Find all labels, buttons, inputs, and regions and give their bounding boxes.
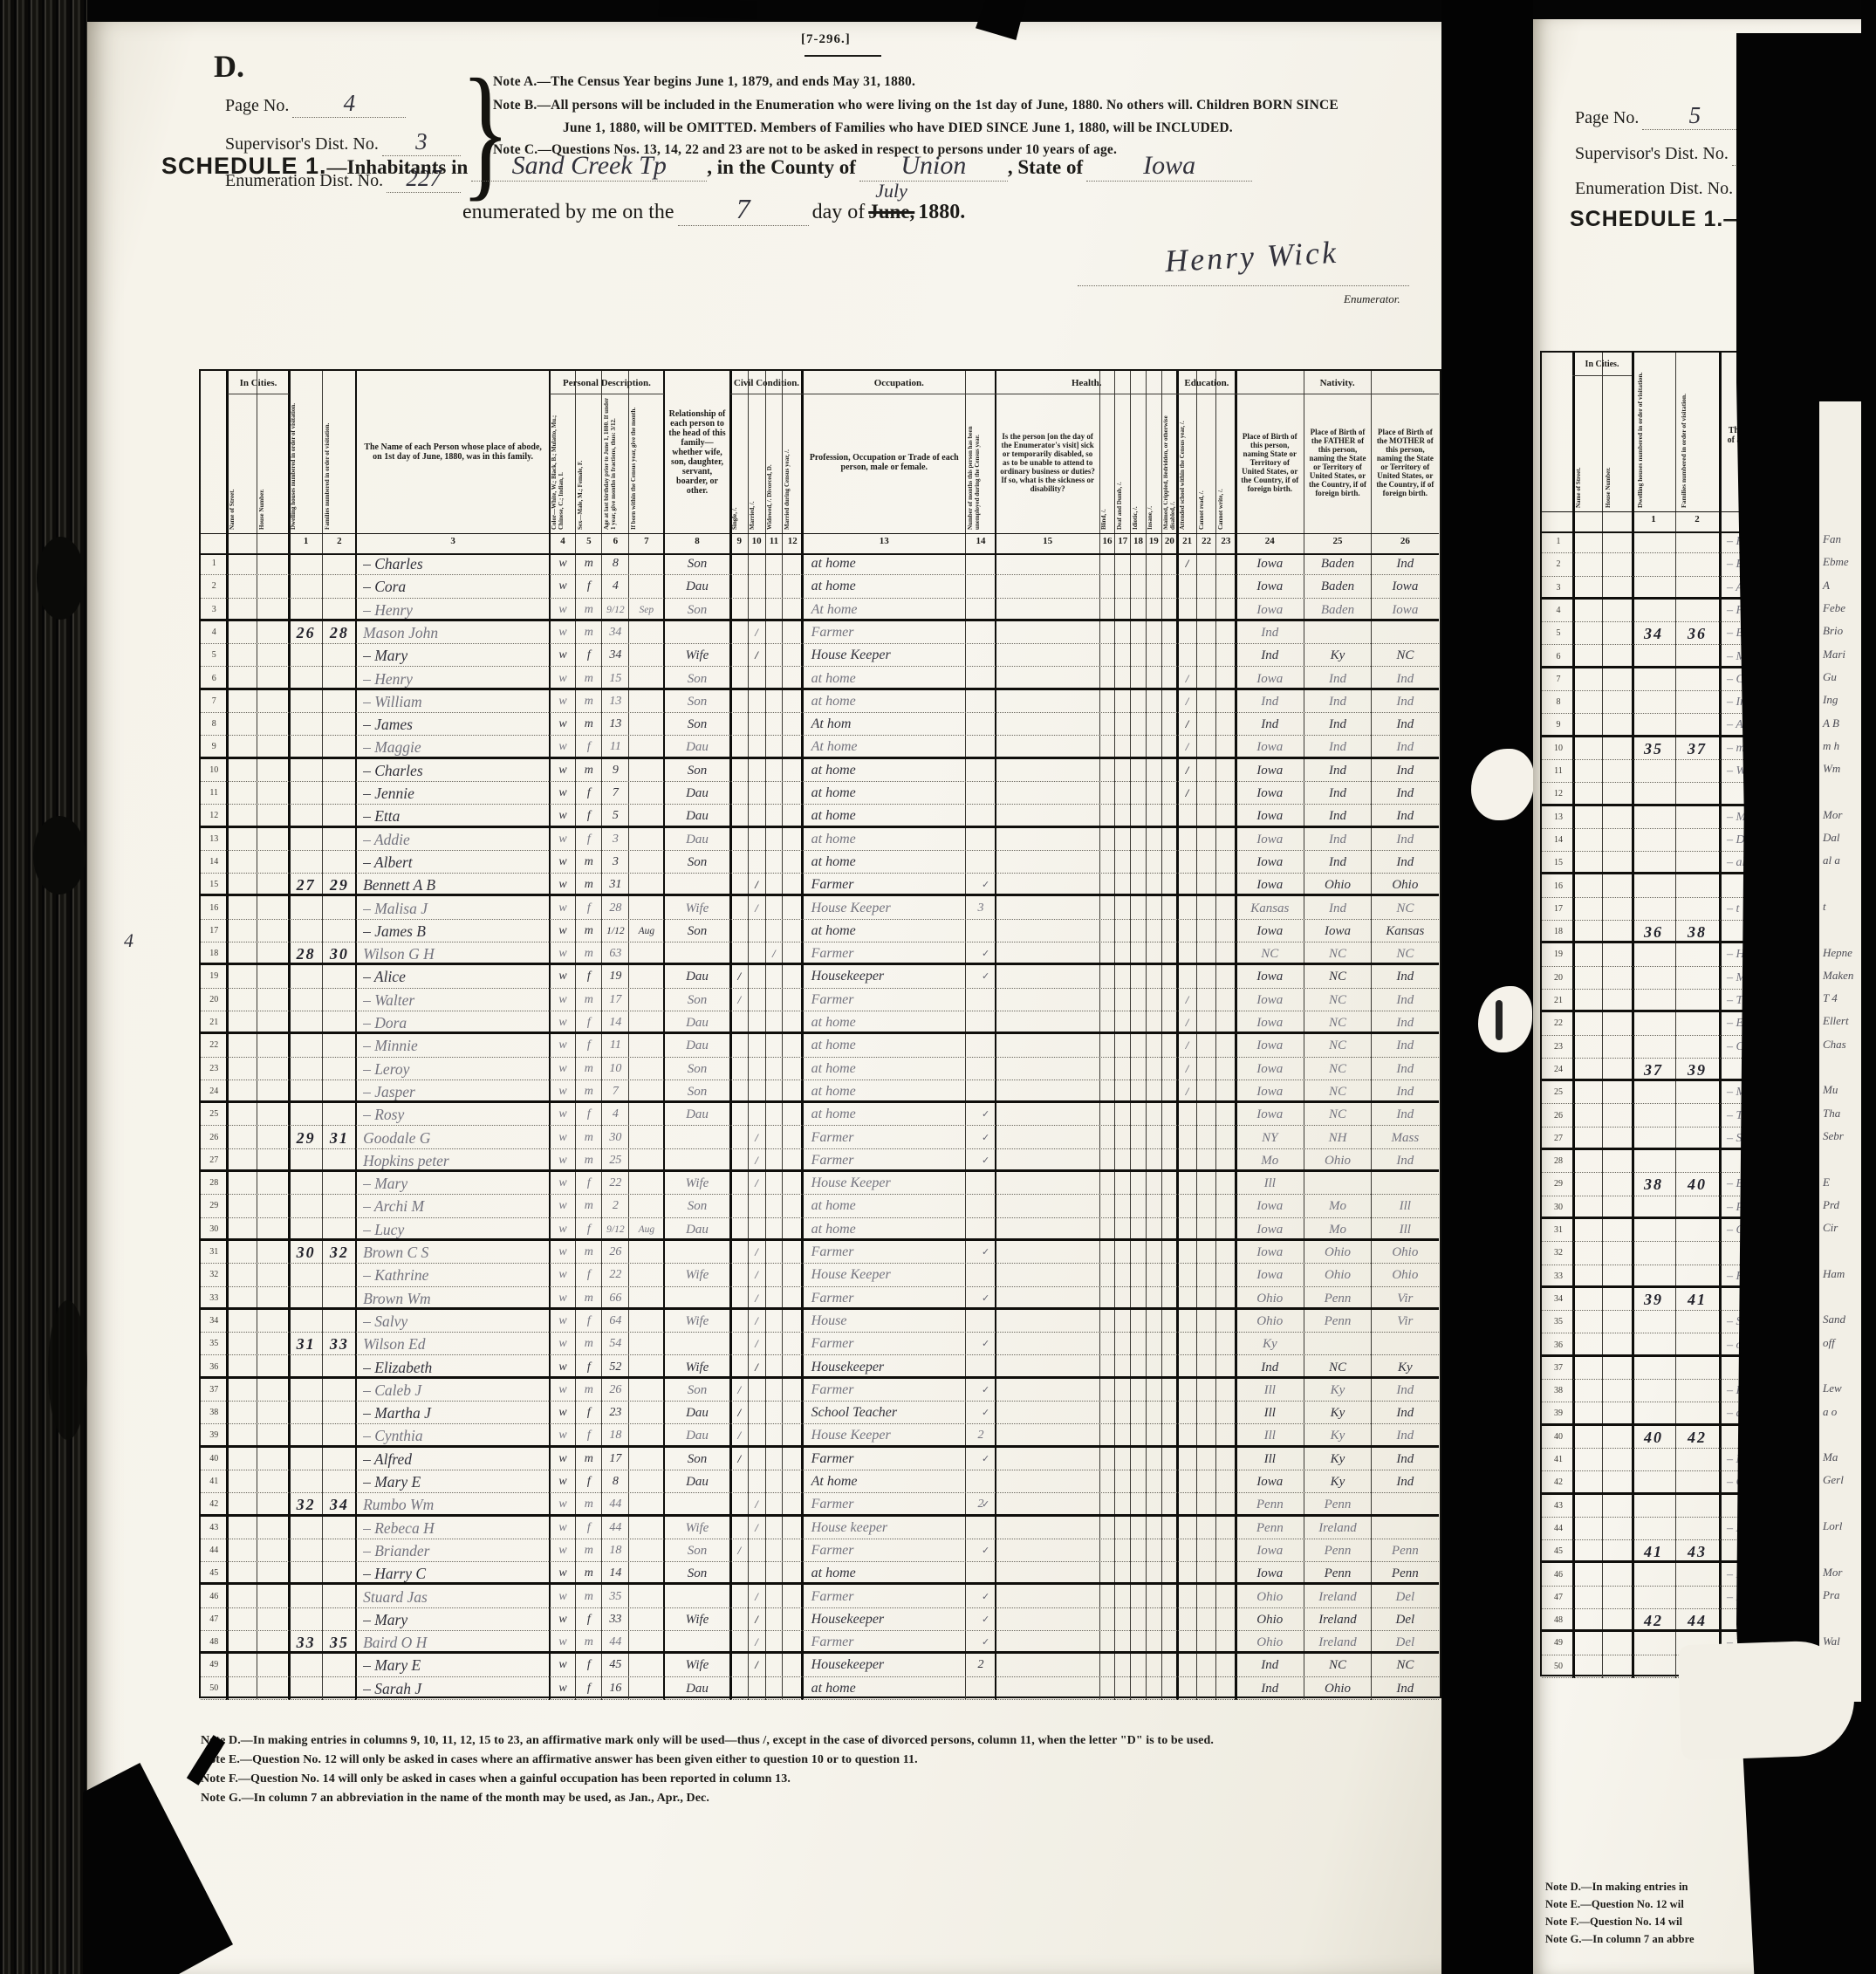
- cell-c10: /: [748, 1288, 765, 1309]
- column-group-label: In Cities.: [228, 373, 290, 394]
- cell-pb: Ind: [1236, 622, 1304, 643]
- table-row: 42628Mason Johnwm34/FarmerInd: [201, 621, 1439, 644]
- cell-occ: at home: [811, 805, 966, 826]
- cell-color: w: [550, 943, 576, 964]
- cell-sex: m: [576, 1587, 602, 1607]
- rp-family-number: 37: [1675, 738, 1719, 759]
- table-row: 353133Wilson Edwm54/Farmer ✓Ky: [201, 1333, 1439, 1355]
- enumerator-signature: Henry Wick: [1164, 234, 1339, 279]
- cell-name: – Kathrine: [363, 1265, 550, 1285]
- table-row: 43– Rebeca Hwf44Wife/House keeperPennIre…: [201, 1517, 1439, 1539]
- cell-name: – Elizabeth: [363, 1357, 550, 1378]
- column-number: 14: [966, 536, 996, 546]
- cell-age: 17: [602, 1449, 629, 1470]
- cell-rel: Dau: [664, 966, 731, 987]
- unemployed-tick: ✓: [982, 1609, 989, 1630]
- cell-age: 18: [602, 1425, 629, 1446]
- cell-name: – Jennie: [363, 783, 550, 804]
- cell-pm: Ohio: [1372, 874, 1439, 895]
- cell-name: – Sarah J: [363, 1678, 550, 1699]
- cell-rel: Wife: [664, 1311, 731, 1332]
- edge-name-fragment: Pra: [1823, 1588, 1840, 1602]
- edge-name-fragment: Sand: [1823, 1313, 1845, 1326]
- unemployed-tick: ✓: [982, 1104, 989, 1125]
- cell-c10: /: [748, 1311, 765, 1332]
- footnote-g: Note G.—In column 7 an abbreviation in t…: [201, 1792, 709, 1806]
- rp-row-number: 10: [1544, 738, 1572, 759]
- rp-row-number: 46: [1544, 1565, 1572, 1586]
- table-row: 1– Charleswm8Sonat home/IowaBadenInd: [201, 552, 1439, 575]
- cell-pb: Iowa: [1236, 1242, 1304, 1263]
- edge-name-fragment: m h: [1823, 739, 1839, 753]
- cell-rel: Wife: [664, 1609, 731, 1630]
- cell-color: w: [550, 1609, 576, 1630]
- cell-sex: m: [576, 990, 602, 1011]
- cell-fam: 31: [323, 1128, 356, 1148]
- cell-fam: 28: [323, 622, 356, 643]
- cell-age: 4: [602, 576, 629, 597]
- edge-name-fragment: Chas: [1823, 1038, 1846, 1052]
- cell-rel: Wife: [664, 1173, 731, 1194]
- cell-sex: m: [576, 1081, 602, 1102]
- census-scan: D. [7-296.] Page No. 4 Supervisor's Dist…: [0, 0, 1876, 1974]
- table-row: 28– Marywf22Wife/House KeeperIll: [201, 1172, 1439, 1195]
- cell-age: 64: [602, 1311, 629, 1332]
- column-header-c16: Blind, /.: [1101, 395, 1114, 530]
- cell-pf: Ireland: [1304, 1632, 1371, 1653]
- rp-dwelling-number: 40: [1632, 1427, 1675, 1448]
- cell-color: w: [550, 1540, 576, 1561]
- cell-sex: f: [576, 1357, 602, 1378]
- cell-color: w: [550, 1128, 576, 1148]
- cell-pf: NC: [1304, 1035, 1371, 1056]
- edge-smudge: [33, 816, 86, 894]
- cell-pf: Baden: [1304, 600, 1371, 620]
- cell-name: – Archi M: [363, 1196, 550, 1217]
- cell-color: w: [550, 1333, 576, 1354]
- cell-color: w: [550, 1655, 576, 1676]
- column-number: 10: [748, 536, 765, 546]
- cell-fam: 33: [323, 1333, 356, 1354]
- cell-color: w: [550, 1173, 576, 1194]
- cell-pb: Iowa: [1236, 600, 1304, 620]
- cell-pm: Ind: [1372, 829, 1439, 850]
- unemployed-tick: ✓: [982, 1128, 989, 1148]
- rp-row-number: 40: [1544, 1427, 1572, 1448]
- column-header-c23: Cannot write, /.: [1218, 395, 1236, 530]
- cell-age: 11: [602, 737, 629, 757]
- cell-num: 42: [201, 1494, 228, 1515]
- cell-occ: at home: [811, 668, 966, 689]
- schedule-caps: SCHEDULE 1.: [161, 153, 327, 179]
- note-b2-text: June 1, 1880, will be OMITTED. Members o…: [563, 120, 1233, 135]
- cell-pf: Ind: [1304, 668, 1371, 689]
- cell-color: w: [550, 1242, 576, 1263]
- cell-sex: f: [576, 1402, 602, 1423]
- column-number: 24: [1236, 536, 1304, 546]
- cell-rel: Dau: [664, 576, 731, 597]
- cell-color: w: [550, 1632, 576, 1653]
- cell-pm: Ind: [1372, 852, 1439, 873]
- footnote-d: Note D.—In making entries in columns 9, …: [201, 1734, 1214, 1748]
- column-group-label: Education.: [1178, 373, 1236, 394]
- cell-occ: House Keeper: [811, 1425, 966, 1446]
- cell-age: 45: [602, 1655, 629, 1676]
- cell-name: Wilson Ed: [363, 1333, 550, 1354]
- cell-c21: /: [1178, 691, 1197, 712]
- cell-sex: m: [576, 852, 602, 873]
- cell-occ: Farmer: [811, 1128, 966, 1148]
- table-row: 313032Brown C Swm26/Farmer ✓IowaOhioOhio: [201, 1241, 1439, 1264]
- cell-rel: Dau: [664, 805, 731, 826]
- edge-smudge: [48, 1300, 87, 1440]
- cell-sex: f: [576, 1471, 602, 1492]
- cell-age: 25: [602, 1150, 629, 1171]
- cell-pf: Ind: [1304, 805, 1371, 826]
- edge-name-fragment: Mu: [1823, 1083, 1838, 1097]
- cell-pb: Iowa: [1236, 1265, 1304, 1285]
- cell-occ: at home: [811, 783, 966, 804]
- cell-rel: Wife: [664, 898, 731, 919]
- rp-row-number: 13: [1544, 807, 1572, 828]
- cell-color: w: [550, 1471, 576, 1492]
- rp-footnote-f: Note F.—Question No. 14 wil: [1545, 1916, 1682, 1929]
- edge-name-fragment: Gu: [1823, 670, 1837, 684]
- cell-pm: Penn: [1372, 1563, 1439, 1584]
- cell-color: w: [550, 1494, 576, 1515]
- cell-rel: Son: [664, 1540, 731, 1561]
- cell-age: 14: [602, 1563, 629, 1584]
- cell-age: 44: [602, 1632, 629, 1653]
- cell-occ: at home: [811, 1059, 966, 1080]
- enumerator-label: Enumerator.: [1344, 292, 1400, 306]
- cell-pm: Ind: [1372, 1402, 1439, 1423]
- cell-sex: f: [576, 737, 602, 757]
- cell-pm: Ind: [1372, 714, 1439, 735]
- schedule-county-pre: , in the County of: [707, 156, 856, 178]
- cell-fam: 32: [323, 1242, 356, 1263]
- cell-pf: Ireland: [1304, 1609, 1371, 1630]
- cell-c10: /: [748, 1655, 765, 1676]
- rp-row-number: 19: [1544, 944, 1572, 965]
- cell-color: w: [550, 1288, 576, 1309]
- footnote-f-label: Note F.: [201, 1772, 238, 1786]
- column-header-pm: Place of Birth of the MOTHER of this per…: [1375, 395, 1435, 530]
- cell-pb: Ohio: [1236, 1311, 1304, 1332]
- cell-name: – Cynthia: [363, 1425, 550, 1446]
- cell-rel: Dau: [664, 1678, 731, 1699]
- cell-name: – Charles: [363, 553, 550, 574]
- table-row: 24– Jasperwm7Sonat home/IowaNCInd: [201, 1080, 1439, 1103]
- cell-sex: f: [576, 645, 602, 666]
- cell-num: 6: [201, 668, 228, 689]
- cell-pm: Ind: [1372, 1035, 1439, 1056]
- cell-name: – Alice: [363, 966, 550, 987]
- cell-pf: Ind: [1304, 783, 1371, 804]
- rp-row-number: 20: [1544, 968, 1572, 989]
- cell-age: 19: [602, 966, 629, 987]
- cell-rel: Son: [664, 600, 731, 620]
- cell-pb: Ill: [1236, 1380, 1304, 1401]
- cell-rel: Son: [664, 1081, 731, 1102]
- rp-row-number: 4: [1544, 600, 1572, 621]
- cell-pm: Ind: [1372, 553, 1439, 574]
- table-row: 423234Rumbo Wmwm44/Farmer2 ✓PennPenn: [201, 1493, 1439, 1516]
- table-row: 9– Maggiewf11DauAt home/IowaIndInd: [201, 736, 1439, 758]
- cell-pf: Ind: [1304, 714, 1371, 735]
- table-row: 27Hopkins peterwm25/Farmer ✓MoOhioInd: [201, 1149, 1439, 1172]
- edge-name-fragment: Ham: [1823, 1267, 1845, 1281]
- cell-rel: Wife: [664, 1518, 731, 1539]
- cell-num: 21: [201, 1012, 228, 1033]
- cell-age: 66: [602, 1288, 629, 1309]
- cell-pb: Ohio: [1236, 1609, 1304, 1630]
- cell-sex: m: [576, 760, 602, 781]
- rp-page-no-label: Page No.: [1575, 108, 1639, 127]
- column-number: 8: [664, 536, 731, 546]
- column-header-street: Name of Street.: [229, 395, 257, 530]
- rp-dwelling-number: 41: [1632, 1541, 1675, 1562]
- cell-name: – Minnie: [363, 1035, 550, 1056]
- cell-sex: m: [576, 943, 602, 964]
- cell-color: w: [550, 622, 576, 643]
- cell-age: 26: [602, 1242, 629, 1263]
- cell-pm: Ind: [1372, 668, 1439, 689]
- cell-sex: f: [576, 1425, 602, 1446]
- rp-row-number: 31: [1544, 1220, 1572, 1241]
- unemployed-tick: ✓: [982, 1333, 989, 1354]
- rp-row-number: 50: [1544, 1656, 1572, 1677]
- cell-pf: Penn: [1304, 1563, 1371, 1584]
- cell-pb: Iowa: [1236, 921, 1304, 942]
- cell-color: w: [550, 1059, 576, 1080]
- cell-age: 9/12: [602, 600, 629, 620]
- column-header-pf: Place of Birth of the FATHER of this per…: [1307, 395, 1367, 530]
- footnote-f: Note F.—Question No. 14 will only be ask…: [201, 1772, 791, 1786]
- cell-color: w: [550, 1380, 576, 1401]
- edge-smudge: [37, 537, 85, 620]
- cell-name: – Henry: [363, 668, 550, 689]
- cell-pb: Ind: [1236, 714, 1304, 735]
- cell-color: w: [550, 829, 576, 850]
- rp-row-number: 44: [1544, 1518, 1572, 1539]
- cell-age: 52: [602, 1357, 629, 1378]
- cell-color: w: [550, 760, 576, 781]
- cell-name: – Mary: [363, 1173, 550, 1194]
- cell-sex: m: [576, 1449, 602, 1470]
- cell-color: w: [550, 691, 576, 712]
- unemployed-tick: ✓: [982, 1449, 989, 1470]
- cell-age: 13: [602, 714, 629, 735]
- cell-num: 20: [201, 990, 228, 1011]
- cell-name: – Walter: [363, 990, 550, 1011]
- cell-age: 5: [602, 805, 629, 826]
- cell-color: w: [550, 898, 576, 919]
- cell-rel: Son: [664, 760, 731, 781]
- cell-pb: Mo: [1236, 1150, 1304, 1171]
- cell-age: 22: [602, 1173, 629, 1194]
- cell-name: Hopkins peter: [363, 1150, 550, 1171]
- cell-pb: Ind: [1236, 691, 1304, 712]
- rp-row-number: 30: [1544, 1197, 1572, 1218]
- cell-c10: /: [748, 1518, 765, 1539]
- cell-sex: f: [576, 1609, 602, 1630]
- cell-rel: Dau: [664, 737, 731, 757]
- unemployed-tick: ✓: [982, 1494, 989, 1515]
- cell-name: – Briander: [363, 1540, 550, 1561]
- table-row: 40– Alfredwm17Son/Farmer ✓IllKyInd: [201, 1448, 1439, 1470]
- cell-occ: at home: [811, 1563, 966, 1584]
- cell-pb: Ind: [1236, 645, 1304, 666]
- cell-pf: NC: [1304, 943, 1371, 964]
- cell-color: w: [550, 990, 576, 1011]
- cell-occ: at home: [811, 921, 966, 942]
- cell-pf: Ohio: [1304, 1265, 1371, 1285]
- edge-name-fragment: Fan: [1823, 532, 1841, 546]
- cell-occ: School Teacher: [811, 1402, 966, 1423]
- table-row: 37– Caleb Jwm26Son/Farmer ✓IllKyInd: [201, 1379, 1439, 1402]
- table-row: 262931Goodale Gwm30/Farmer ✓NYNHMass: [201, 1127, 1439, 1149]
- cell-sex: m: [576, 1563, 602, 1584]
- cell-num: 43: [201, 1518, 228, 1539]
- cell-pb: Iowa: [1236, 1081, 1304, 1102]
- cell-name: – Caleb J: [363, 1380, 550, 1401]
- cell-color: w: [550, 921, 576, 942]
- cell-pf: Ky: [1304, 645, 1371, 666]
- cell-occ: Farmer: [811, 1150, 966, 1171]
- cell-pf: Ky: [1304, 1425, 1371, 1446]
- edge-name-fragment: Dal: [1823, 831, 1840, 845]
- column-header-c14: Number of months this person has been un…: [968, 395, 995, 530]
- cell-num: 18: [201, 943, 228, 964]
- cell-age: 31: [602, 874, 629, 895]
- cell-sex: f: [576, 966, 602, 987]
- cell-pf: Ohio: [1304, 1150, 1371, 1171]
- cell-occ: House Keeper: [811, 645, 966, 666]
- column-number: 1: [289, 536, 322, 546]
- cell-occ: Housekeeper: [811, 1655, 966, 1676]
- cell-pm: Ind: [1372, 1425, 1439, 1446]
- table-row: 41– Mary Ewf8DauAt homeIowaKyInd: [201, 1470, 1439, 1493]
- column-header-c17: Deaf and Dumb, /.: [1117, 395, 1130, 530]
- cell-c10: /: [748, 1173, 765, 1194]
- cell-sex: f: [576, 1518, 602, 1539]
- page-no-row: Page No. 4: [225, 90, 406, 118]
- cell-num: 17: [201, 921, 228, 942]
- cell-c21: /: [1178, 783, 1197, 804]
- cell-num: 2: [201, 576, 228, 597]
- cell-pm: NC: [1372, 898, 1439, 919]
- rp-row-number: 34: [1544, 1289, 1572, 1310]
- cell-occ: at home: [811, 852, 966, 873]
- cell-rel: Son: [664, 1563, 731, 1584]
- cell-num: 28: [201, 1173, 228, 1194]
- cell-num: 40: [201, 1449, 228, 1470]
- cell-pf: Penn: [1304, 1494, 1371, 1515]
- cell-rel: Son: [664, 553, 731, 574]
- schedule-state-pre: , State of: [1008, 156, 1083, 178]
- rp-family-number: 43: [1675, 1541, 1719, 1562]
- cell-color: w: [550, 1563, 576, 1584]
- cell-age: 30: [602, 1128, 629, 1148]
- cell-pb: Iowa: [1236, 553, 1304, 574]
- cell-color: w: [550, 553, 576, 574]
- schedule-state: Iowa: [1086, 151, 1252, 182]
- cell-name: Wilson G H: [363, 943, 550, 964]
- cell-occ: at home: [811, 1035, 966, 1056]
- cell-num: 13: [201, 829, 228, 850]
- cell-pm: Del: [1372, 1609, 1439, 1630]
- cell-name: – Alfred: [363, 1449, 550, 1470]
- cell-num: 34: [201, 1311, 228, 1332]
- rp-row-number: 33: [1544, 1266, 1572, 1287]
- cell-pm: Ohio: [1372, 1242, 1439, 1263]
- rp-row-number: 7: [1544, 669, 1572, 690]
- cell-occ: at home: [811, 1196, 966, 1217]
- cell-pb: Iowa: [1236, 1219, 1304, 1240]
- cell-pf: NC: [1304, 1104, 1371, 1125]
- column-number: 23: [1216, 536, 1236, 546]
- rp-family-number: 38: [1675, 922, 1719, 942]
- cell-age: 63: [602, 943, 629, 964]
- cell-num: 36: [201, 1357, 228, 1378]
- cell-pm: Penn: [1372, 1540, 1439, 1561]
- cell-num: 45: [201, 1563, 228, 1584]
- cell-age: 44: [602, 1518, 629, 1539]
- rp-family-number: 41: [1675, 1289, 1719, 1310]
- cell-sex: m: [576, 1540, 602, 1561]
- table-row: 12– Ettawf5Dauat homeIowaIndInd: [201, 805, 1439, 827]
- cell-age: 8: [602, 1471, 629, 1492]
- cell-sex: m: [576, 1196, 602, 1217]
- cell-sex: m: [576, 1288, 602, 1309]
- column-header-c9: Single, /.: [732, 395, 747, 530]
- cell-age: 17: [602, 990, 629, 1011]
- cell-occ: at home: [811, 829, 966, 850]
- column-header-sick: Is the person [on the day of the Enumera…: [999, 395, 1096, 530]
- table-row: 22– Minniewf11Dauat home/IowaNCInd: [201, 1034, 1439, 1057]
- table-row: 10– Charleswm9Sonat home/IowaIndInd: [201, 759, 1439, 782]
- cell-c11: /: [765, 943, 783, 964]
- cell-pm: Ind: [1372, 990, 1439, 1011]
- cell-c21: /: [1178, 714, 1197, 735]
- rp-column-number: 2: [1675, 514, 1719, 524]
- cell-num: 23: [201, 1059, 228, 1080]
- rp-dwelling-number: 35: [1632, 738, 1675, 759]
- note-b2: June 1, 1880, will be OMITTED. Members o…: [563, 120, 1233, 136]
- edge-name-fragment: T 4: [1823, 991, 1838, 1005]
- cell-pb: Iowa: [1236, 874, 1304, 895]
- cell-pm: Ind: [1372, 1449, 1439, 1470]
- cell-pb: Iowa: [1236, 668, 1304, 689]
- column-header-rel: Relationship of each person to the head …: [668, 374, 728, 530]
- cell-fam: 30: [323, 943, 356, 964]
- column-header-house: House Number.: [259, 395, 289, 530]
- column-header-c12: Married during Census year, /.: [784, 395, 802, 530]
- cell-rel: Son: [664, 990, 731, 1011]
- cell-color: w: [550, 1012, 576, 1033]
- rp-family-number: 39: [1675, 1059, 1719, 1080]
- cell-color: w: [550, 1104, 576, 1125]
- table-row: 39– Cynthiawf18Dau/House Keeper2IllKyInd: [201, 1424, 1439, 1447]
- cell-pm: Ind: [1372, 760, 1439, 781]
- cell-name: – Etta: [363, 805, 550, 826]
- column-number: 26: [1372, 536, 1439, 546]
- cell-sex: f: [576, 1035, 602, 1056]
- rp-row-number: 32: [1544, 1243, 1572, 1264]
- rp-row-number: 24: [1544, 1059, 1572, 1080]
- cell-pm: Iowa: [1372, 600, 1439, 620]
